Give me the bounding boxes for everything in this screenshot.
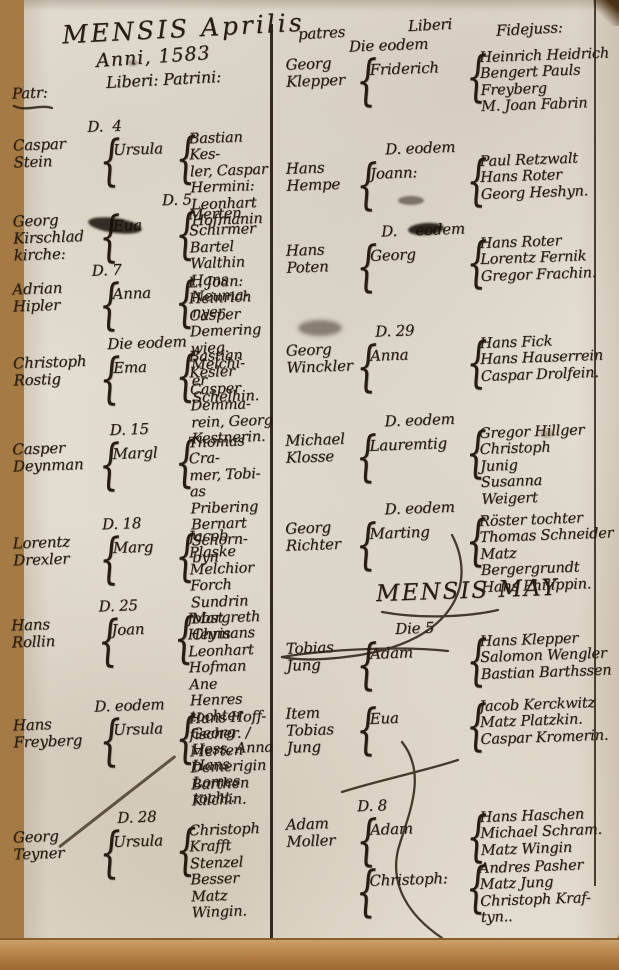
colhead-liberi: Liberi [408,15,453,35]
child-name: Joan [111,612,174,639]
sponsor-names: Hans Haschen Michael Schram. Matz Wingin [479,805,619,859]
brace-mark [465,810,480,844]
father-name: Caspar Stein [13,135,100,172]
sponsor-names: Heinrich Heidrich Bengert Pauls Freyberg… [479,45,619,115]
brace-mark [97,614,112,648]
father-name: Georg Klepper [285,54,356,91]
brace-mark [173,611,188,645]
father-name: Michael Klosse [285,430,356,467]
child-name: Adam [369,635,466,663]
brace-mark [175,131,190,165]
child-name: Margl [112,436,175,463]
baptism-entry: D. eodem Hans Poten Georg Hans Roter Lor… [285,214,619,292]
brace-mark [174,275,189,309]
child-name: Joann: [369,155,466,183]
brace-mark [174,529,189,563]
brace-mark [355,518,370,552]
father-name: Item Tobias Jung [285,703,357,757]
brace-mark [465,154,480,188]
child-name: Ursula [113,712,176,739]
baptism-entry: D. 28 Georg Teyner Ursula Christoph Kraf… [12,804,274,928]
brace-mark [99,352,114,386]
sponsor-names: Hans Fick Hans Hauserrein Caspar Drolfei… [479,331,619,385]
baptism-entry: D. eodem Hans Freyberg Ursula Hans Hoff-… [12,692,274,816]
brace-mark [355,638,370,672]
margin-label-patr: Patr: [12,83,48,102]
brace-mark [98,438,113,472]
baptism-entry: D. 8 Adam Moller Adam Hans Haschen Micha… [285,788,619,866]
brace-mark [174,435,189,469]
brace-mark [355,54,370,88]
child-name: Marg [112,530,175,557]
child-name: Friderich [369,51,466,79]
child-name: Ursula [113,132,176,159]
child-name: Anna [112,276,175,303]
sponsor-names: Hans Roter Lorentz Fernik Gregor Frachin… [479,231,619,285]
child-name: Lauremtig [369,427,466,455]
sponsor-names: Jacob Kerckwitz Matz Platzkin. Caspar Kr… [479,694,619,748]
brace-mark [465,634,480,668]
brace-mark [465,50,480,84]
father-name: Adam Moller [286,814,357,851]
child-name: Anna [369,337,466,365]
brace-mark [465,861,480,895]
brace-mark [355,240,370,274]
brace-mark [465,236,480,270]
brace-mark [355,865,370,899]
brace-mark [355,158,370,192]
brace-mark [355,430,370,464]
father-name: Adrian Hipler [12,279,99,316]
brace-mark [355,340,370,374]
baptism-entry: D. eodem Hans Hempe Joann: Paul Retzwalt… [285,132,619,210]
sponsor-names: Hans Klepper Salomon Wengler Bastian Bar… [479,629,619,683]
child-name: Eua [369,700,466,728]
brace-mark [99,134,114,168]
father-name: Tobias Jung [286,638,357,675]
brace-mark [465,514,480,548]
sponsor-names: Christoph Krafft Stenzel Besser Matz Win… [189,821,274,922]
scanned-register-photo: { "colors": { "ink": "#261c10", "paper":… [0,0,619,970]
father-name: Hans Hempe [286,158,357,195]
ink-smudge [398,196,424,205]
brace-mark [98,532,113,566]
father-name: Christoph Rostig [13,353,100,390]
ink-smudge [540,430,554,438]
father-name: Georg Kirschlad kirche: [12,211,100,265]
child-name: Ema [113,350,176,377]
brace-mark [98,278,113,312]
brace-mark [174,207,189,241]
sponsor-names: Andres Pasher Matz Jung Christoph Kraf- … [479,856,619,926]
father-name: Hans Freyberg [13,715,100,752]
father-name: Hans Rollin [11,615,98,652]
child-name: Adam [369,811,466,839]
child-name: Ursula [113,824,176,851]
father-name: Lorentz Drexler [12,533,99,570]
ink-smudge [298,320,342,336]
brace-mark [175,823,190,857]
brace-mark [465,426,480,460]
ink-smudge [128,60,138,66]
father-name: Hans Poten [286,240,357,277]
baptism-entry: Christoph: Andres Pasher Matz Jung Chris… [285,856,619,933]
brace-mark [99,714,114,748]
father-name: Georg Winckler [286,340,357,377]
sponsor-names: Hans Hoff- fischer. / Merten Demerigin B… [189,709,274,810]
child-name: Christoph: [369,862,466,890]
child-name: Georg [369,237,466,265]
baptism-entry: Die eodem Georg Klepper Friderich Heinri… [285,28,619,122]
brace-mark [355,703,370,737]
brace-mark [99,826,114,860]
father-name: Georg Richter [285,518,356,555]
book-cover-edge [0,938,619,970]
page-corner-shadow [593,0,619,26]
brace-mark [465,699,480,733]
baptism-entry: Die 5 Tobias Jung Adam Hans Klepper Salo… [285,612,619,690]
brace-mark [175,711,190,745]
sponsor-names: Paul Retzwalt Hans Roter Georg Heshyn. [479,149,619,203]
brace-mark [465,336,480,370]
father-name: Georg Teyner [13,827,100,864]
father-name: Casper Deynman [12,439,99,476]
child-name: Marting [369,515,466,543]
brace-mark [175,349,190,383]
brace-mark [355,814,370,848]
